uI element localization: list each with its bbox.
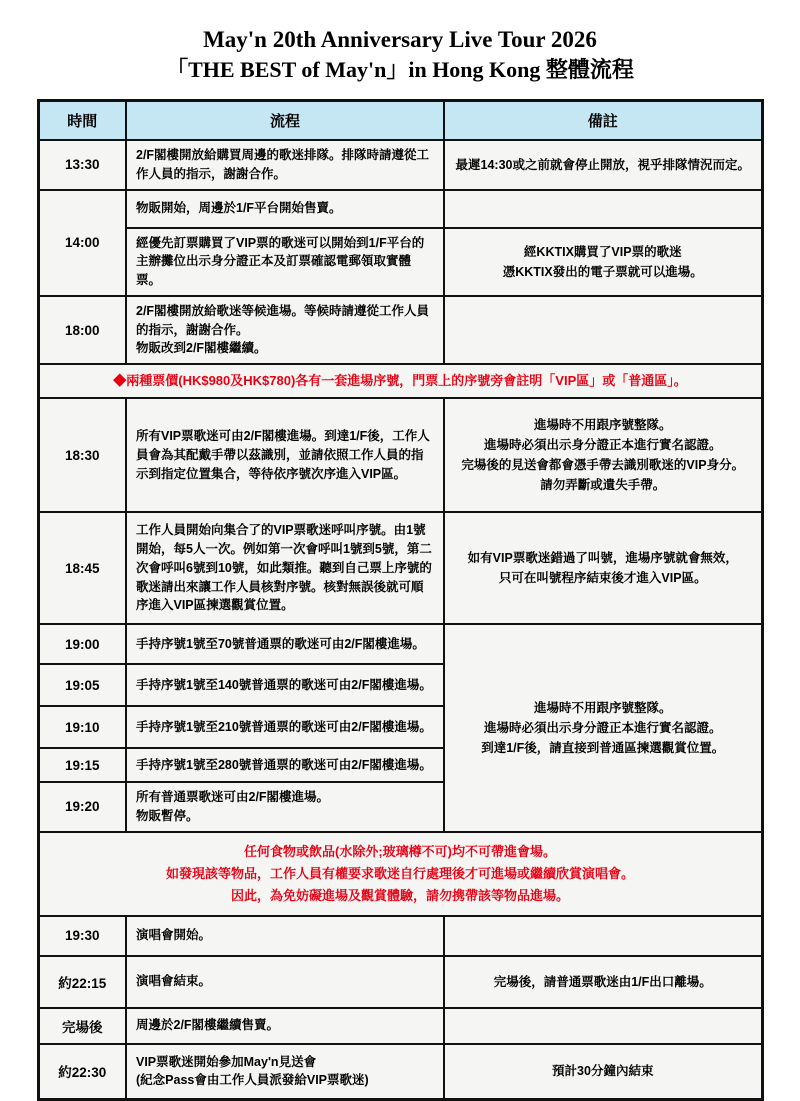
note-cell-empty xyxy=(444,296,762,364)
process-cell: 演唱會開始。 xyxy=(126,916,444,956)
row-1930: 19:30 演唱會開始。 xyxy=(38,916,762,956)
process-cell: 周邊於2/F閣樓繼續售賣。 xyxy=(126,1008,444,1044)
process-cell: 2/F閣樓開放給購買周邊的歌迷排隊。排隊時請遵從工作人員的指示，謝謝合作。 xyxy=(126,140,444,190)
event-schedule-table: 時間 流程 備註 13:30 2/F閣樓開放給購買周邊的歌迷排隊。排隊時請遵從工… xyxy=(37,99,764,1101)
time-cell: 18:45 xyxy=(38,512,126,624)
header-process: 流程 xyxy=(126,100,444,140)
process-cell: 手持序號1號至140號普通票的歌迷可由2/F閣樓進場。 xyxy=(126,664,444,706)
row-1845: 18:45 工作人員開始向集合了的VIP票歌迷呼叫序號。由1號開始，每5人一次。… xyxy=(38,512,762,624)
note-cell-empty xyxy=(444,916,762,956)
row-1330: 13:30 2/F閣樓開放給購買周邊的歌迷排隊。排隊時請遵從工作人員的指示，謝謝… xyxy=(38,140,762,190)
time-cell: 19:15 xyxy=(38,748,126,782)
note-cell: 完場後，請普通票歌迷由1/F出口離場。 xyxy=(444,956,762,1008)
time-cell: 約22:30 xyxy=(38,1044,126,1100)
time-cell: 19:05 xyxy=(38,664,126,706)
note-cell: 經KKTIX購買了VIP票的歌迷 憑KKTIX發出的電子票就可以進場。 xyxy=(444,228,762,296)
process-cell: 2/F閣樓開放給歌迷等候進場。等候時請遵從工作人員的指示，謝謝合作。 物販改到2… xyxy=(126,296,444,364)
row-1830: 18:30 所有VIP票歌迷可由2/F閣樓進場。到達1/F後，工作人員會為其配戴… xyxy=(38,398,762,512)
row-2215: 約22:15 演唱會結束。 完場後，請普通票歌迷由1/F出口離場。 xyxy=(38,956,762,1008)
food-drink-notice: 任何食物或飲品(水除外;玻璃樽不可)均不可帶進會場。 如發現該等物品，工作人員有… xyxy=(38,832,762,916)
process-cell: 手持序號1號至70號普通票的歌迷可由2/F閣樓進場。 xyxy=(126,624,444,664)
process-cell: 演唱會結束。 xyxy=(126,956,444,1008)
page-title: May'n 20th Anniversary Live Tour 2026 「T… xyxy=(0,24,800,85)
process-cell: 物販開始，周邊於1/F平台開始售賣。 xyxy=(126,190,444,228)
time-cell: 約22:15 xyxy=(38,956,126,1008)
row-after-show: 完場後 周邊於2/F閣樓繼續售賣。 xyxy=(38,1008,762,1044)
time-cell: 18:00 xyxy=(38,296,126,364)
note-cell: 預計30分鐘內結束 xyxy=(444,1044,762,1100)
row-2230: 約22:30 VIP票歌迷開始參加May'n見送會 (紀念Pass會由工作人員派… xyxy=(38,1044,762,1100)
note-cell: 最遲14:30或之前就會停止開放，視乎排隊情況而定。 xyxy=(444,140,762,190)
schedule-page: May'n 20th Anniversary Live Tour 2026 「T… xyxy=(0,0,800,1098)
header-time: 時間 xyxy=(38,100,126,140)
title-line-2: 「THE BEST of May'n」in Hong Kong 整體流程 xyxy=(0,55,800,85)
row-1800: 18:00 2/F閣樓開放給歌迷等候進場。等候時請遵從工作人員的指示，謝謝合作。… xyxy=(38,296,762,364)
title-line-1: May'n 20th Anniversary Live Tour 2026 xyxy=(0,24,800,55)
time-cell: 19:20 xyxy=(38,782,126,832)
ticket-price-notice: ◆兩種票價(HK$980及HK$780)各有一套進場序號，門票上的序號旁會註明「… xyxy=(38,364,762,398)
time-cell: 19:10 xyxy=(38,706,126,748)
note-cell-empty xyxy=(444,190,762,228)
process-cell: 工作人員開始向集合了的VIP票歌迷呼叫序號。由1號開始，每5人一次。例如第一次會… xyxy=(126,512,444,624)
header-notes: 備註 xyxy=(444,100,762,140)
process-cell: 手持序號1號至280號普通票的歌迷可由2/F閣樓進場。 xyxy=(126,748,444,782)
note-cell: 進場時不用跟序號整隊。 進場時必須出示身分證正本進行實名認證。 完場後的見送會都… xyxy=(444,398,762,512)
time-cell: 14:00 xyxy=(38,190,126,296)
note-cell-empty xyxy=(444,1008,762,1044)
time-cell: 19:00 xyxy=(38,624,126,664)
header-row: 時間 流程 備註 xyxy=(38,100,762,140)
time-cell: 19:30 xyxy=(38,916,126,956)
process-cell: 經優先訂票購買了VIP票的歌迷可以開始到1/F平台的主辦攤位出示身分證正本及訂票… xyxy=(126,228,444,296)
note-cell-merged: 進場時不用跟序號整隊。 進場時必須出示身分證正本進行實名認證。 到達1/F後，請… xyxy=(444,624,762,832)
time-cell: 完場後 xyxy=(38,1008,126,1044)
process-cell: 手持序號1號至210號普通票的歌迷可由2/F閣樓進場。 xyxy=(126,706,444,748)
row-food-notice: 任何食物或飲品(水除外;玻璃樽不可)均不可帶進會場。 如發現該等物品，工作人員有… xyxy=(38,832,762,916)
row-1900: 19:00 手持序號1號至70號普通票的歌迷可由2/F閣樓進場。 進場時不用跟序… xyxy=(38,624,762,664)
time-cell: 18:30 xyxy=(38,398,126,512)
process-cell: 所有普通票歌迷可由2/F閣樓進場。 物販暫停。 xyxy=(126,782,444,832)
note-cell: 如有VIP票歌迷錯過了叫號，進場序號就會無效， 只可在叫號程序結束後才進入VIP… xyxy=(444,512,762,624)
row-1400-a: 14:00 物販開始，周邊於1/F平台開始售賣。 xyxy=(38,190,762,228)
process-cell: VIP票歌迷開始參加May'n見送會 (紀念Pass會由工作人員派發給VIP票歌… xyxy=(126,1044,444,1100)
process-cell: 所有VIP票歌迷可由2/F閣樓進場。到達1/F後，工作人員會為其配戴手帶以茲識別… xyxy=(126,398,444,512)
row-1400-b: 經優先訂票購買了VIP票的歌迷可以開始到1/F平台的主辦攤位出示身分證正本及訂票… xyxy=(38,228,762,296)
row-ticket-notice: ◆兩種票價(HK$980及HK$780)各有一套進場序號，門票上的序號旁會註明「… xyxy=(38,364,762,398)
time-cell: 13:30 xyxy=(38,140,126,190)
